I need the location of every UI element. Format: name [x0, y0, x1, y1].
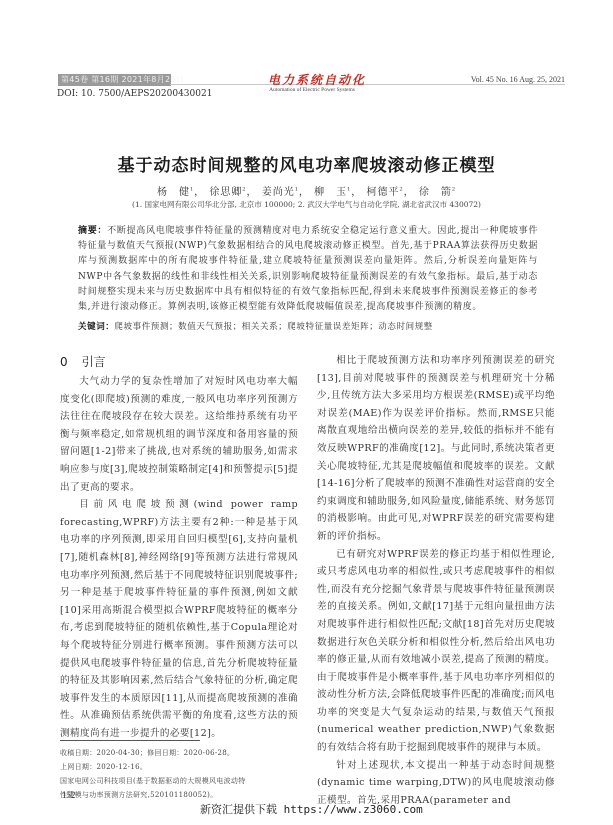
- funding-info: 国家电网公司科技项目(基于数据驱动的大规模风电波动特: [60, 774, 310, 788]
- section-heading: 0引言: [60, 353, 106, 370]
- abstract-text: 不断提高风电爬坡事件特征量的预测精度对电力系统安全稳定运行意义重大。因此,提出一…: [78, 226, 538, 312]
- page-number: 152: [62, 790, 76, 800]
- affiliations: (1. 国家电网有限公司华北分部, 北京市 100000; 2. 武汉大学电气与…: [0, 199, 613, 210]
- author: 柯德平2: [366, 187, 403, 198]
- section-title: 引言: [82, 355, 106, 369]
- paper-title: 基于动态时间规整的风电功率爬坡滚动修正模型: [0, 151, 613, 176]
- paragraph: 目前风电爬坡预测(wind power ramp forecasting,WPR…: [60, 496, 298, 742]
- right-column: 相比于爬坡预测方法和功率序列预测误差的研究[13],目前对爬坡事件的预测误差与机…: [317, 352, 555, 809]
- received-date: 收稿日期：2020-04-30；修回日期：2020-06-28。: [60, 746, 310, 760]
- journal-name-en: Automation of Electric Power Systems: [268, 87, 356, 94]
- paragraph: 相比于爬坡预测方法和功率序列预测误差的研究[13],目前对爬坡事件的预测误差与机…: [317, 352, 555, 546]
- abstract: 摘要：不断提高风电爬坡事件特征量的预测精度对电力系统安全稳定运行意义重大。因此,…: [78, 224, 538, 315]
- author: 徐思卿2: [209, 187, 246, 198]
- watermark-link: 新资汇提供下载 https://www.z3060.com: [200, 801, 423, 817]
- author-list: 杨 健1， 徐思卿2， 姜尚光1， 柳 玉1， 柯德平2， 徐 箭2: [0, 183, 613, 198]
- volume-info: Vol. 45 No. 16 Aug. 25, 2021: [471, 75, 565, 84]
- keywords: 关键词：爬坡事件预测；数值天气预报；相关关系；爬坡特征量误差矩阵；动态时间规整: [78, 320, 548, 332]
- online-date: 上网日期：2020-12-16。: [60, 760, 310, 774]
- left-column: 大气动力学的复杂性增加了对短时风电功率大幅度变化(即爬坡)预测的难度,一般风电功…: [60, 373, 298, 742]
- author: 徐 箭2: [419, 187, 456, 198]
- footnotes: 收稿日期：2020-04-30；修回日期：2020-06-28。 上网日期：20…: [60, 746, 310, 802]
- journal-name-cn: 电力系统自动化: [268, 74, 356, 87]
- doi: DOI: 10. 7500/AEPS20200430021: [57, 89, 212, 99]
- paragraph: 大气动力学的复杂性增加了对短时风电功率大幅度变化(即爬坡)预测的难度,一般风电功…: [60, 373, 298, 496]
- section-number: 0: [60, 355, 68, 369]
- paragraph: 已有研究对WPRF误差的修正均基于相似性理论,或只考虑风电功率的相似性,或只考虑…: [317, 546, 555, 757]
- journal-logo: 电力系统自动化 Automation of Electric Power Sys…: [268, 74, 356, 94]
- keywords-text: 爬坡事件预测；数值天气预报；相关关系；爬坡特征量误差矩阵；动态时间规整: [114, 322, 433, 332]
- author: 杨 健1: [157, 187, 194, 198]
- footnote-divider: [60, 740, 200, 741]
- author: 柳 玉1: [314, 187, 351, 198]
- abstract-label: 摘要：: [78, 226, 107, 236]
- header-divider: [170, 84, 565, 85]
- keywords-label: 关键词：: [78, 322, 114, 332]
- funding-info: 性建模与功率预测方法研究,520101180052)。: [60, 788, 310, 802]
- issue-info-bar: 第45卷 第16期 2021年8月25日: [58, 74, 171, 86]
- author: 姜尚光1: [262, 187, 299, 198]
